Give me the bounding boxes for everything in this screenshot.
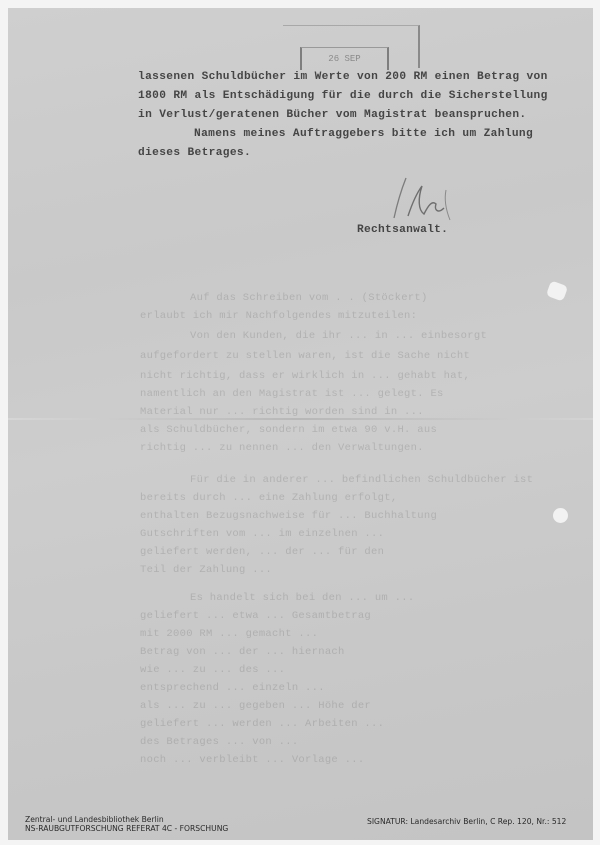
punch-hole xyxy=(553,508,568,523)
archive-signature: SIGNATUR: Landesarchiv Berlin, C Rep. 12… xyxy=(367,817,566,826)
closing-title: Rechtsanwalt. xyxy=(357,224,448,236)
body-line: lassenen Schuldbücher im Werte von 200 R… xyxy=(138,68,563,87)
department-name: NS-RAUBGUTFORSCHUNG REFERAT 4C - FORSCHU… xyxy=(25,824,228,833)
body-line: dieses Betrages. xyxy=(138,144,563,163)
paper-fold xyxy=(8,418,593,420)
handwritten-signature xyxy=(388,170,468,230)
body-line: in Verlust/geratenen Bücher vom Magistra… xyxy=(138,106,563,125)
body-line: Namens meines Auftraggebers bitte ich um… xyxy=(138,125,563,144)
library-name: Zentral- und Landesbibliothek Berlin xyxy=(25,815,228,824)
archive-footer-left: Zentral- und Landesbibliothek Berlin NS-… xyxy=(25,815,228,833)
stamp-date: 26 SEP xyxy=(300,47,389,70)
letter-body: lassenen Schuldbücher im Werte von 200 R… xyxy=(138,68,563,163)
body-line: 1800 RM als Entschädigung für die durch … xyxy=(138,87,563,106)
